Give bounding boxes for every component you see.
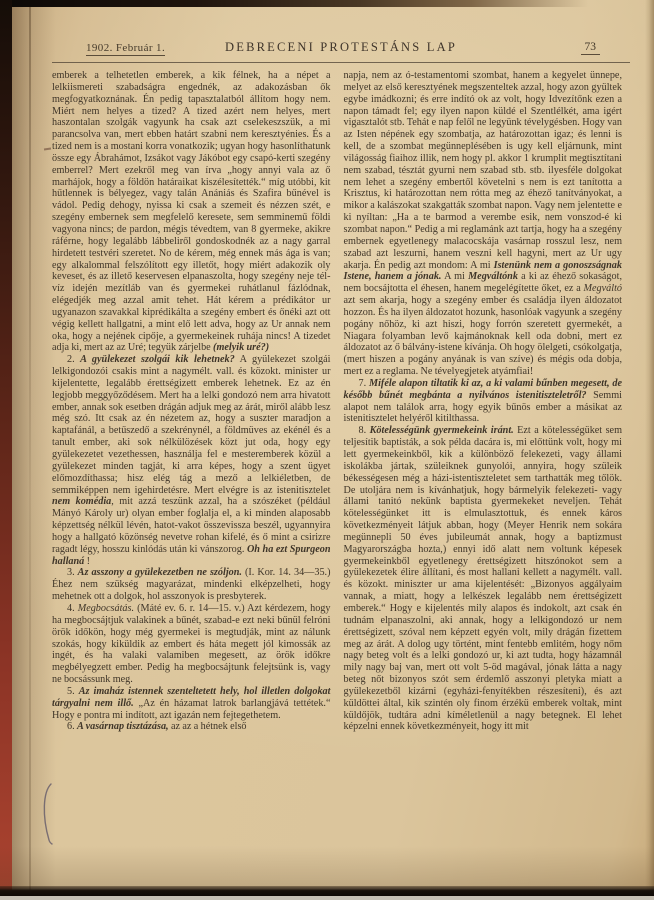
binding-gutter-shadow (12, 0, 56, 900)
paragraph: 2. A gyülekezet szolgái kik lehetnek? A … (52, 354, 331, 567)
paragraph: 8. Kötelességünk gyermekeink iránt. Ezt … (344, 425, 623, 733)
scan-edge-bottom-light (0, 896, 654, 900)
scan-edge-right (645, 0, 654, 900)
page-content: 1902. Február 1. DEBRECENI PROTESTÁNS LA… (52, 40, 630, 856)
book-cover-edge-left (0, 0, 12, 900)
scan-edge-bottom (0, 886, 654, 896)
paragraph: 7. Miféle alapon tiltatik ki az, a ki va… (344, 378, 623, 425)
margin-tick-mark (44, 148, 51, 151)
paragraph: napja, nem az ó-testamentomi szombat, ha… (344, 70, 623, 378)
page-crease (29, 0, 31, 900)
column-right: napja, nem az ó-testamentomi szombat, ha… (344, 70, 623, 856)
text-columns: emberek a telhetetlen emberek, a kik fél… (52, 70, 622, 856)
paragraph: emberek a telhetetlen emberek, a kik fél… (52, 70, 331, 354)
page-header: 1902. Február 1. DEBRECENI PROTESTÁNS LA… (52, 40, 630, 59)
header-rule (52, 62, 630, 63)
paragraph: 6. A vasárnap tisztázása, az az a hétnek… (52, 721, 331, 733)
paragraph: 4. Megbocsátás. (Máté ev. 6. r. 14—15. v… (52, 603, 331, 686)
paragraph: 5. Az imaház istennek szenteltetett hely… (52, 686, 331, 722)
newspaper-page: 1902. Február 1. DEBRECENI PROTESTÁNS LA… (0, 0, 654, 900)
paragraph: 3. Az asszony a gyülekezetben ne szóljon… (52, 567, 331, 603)
newspaper-title: DEBRECENI PROTESTÁNS LAP (52, 40, 630, 55)
scan-edge-top (0, 0, 654, 7)
column-left: emberek a telhetetlen emberek, a kik fél… (52, 70, 331, 856)
page-number: 73 (581, 41, 601, 55)
